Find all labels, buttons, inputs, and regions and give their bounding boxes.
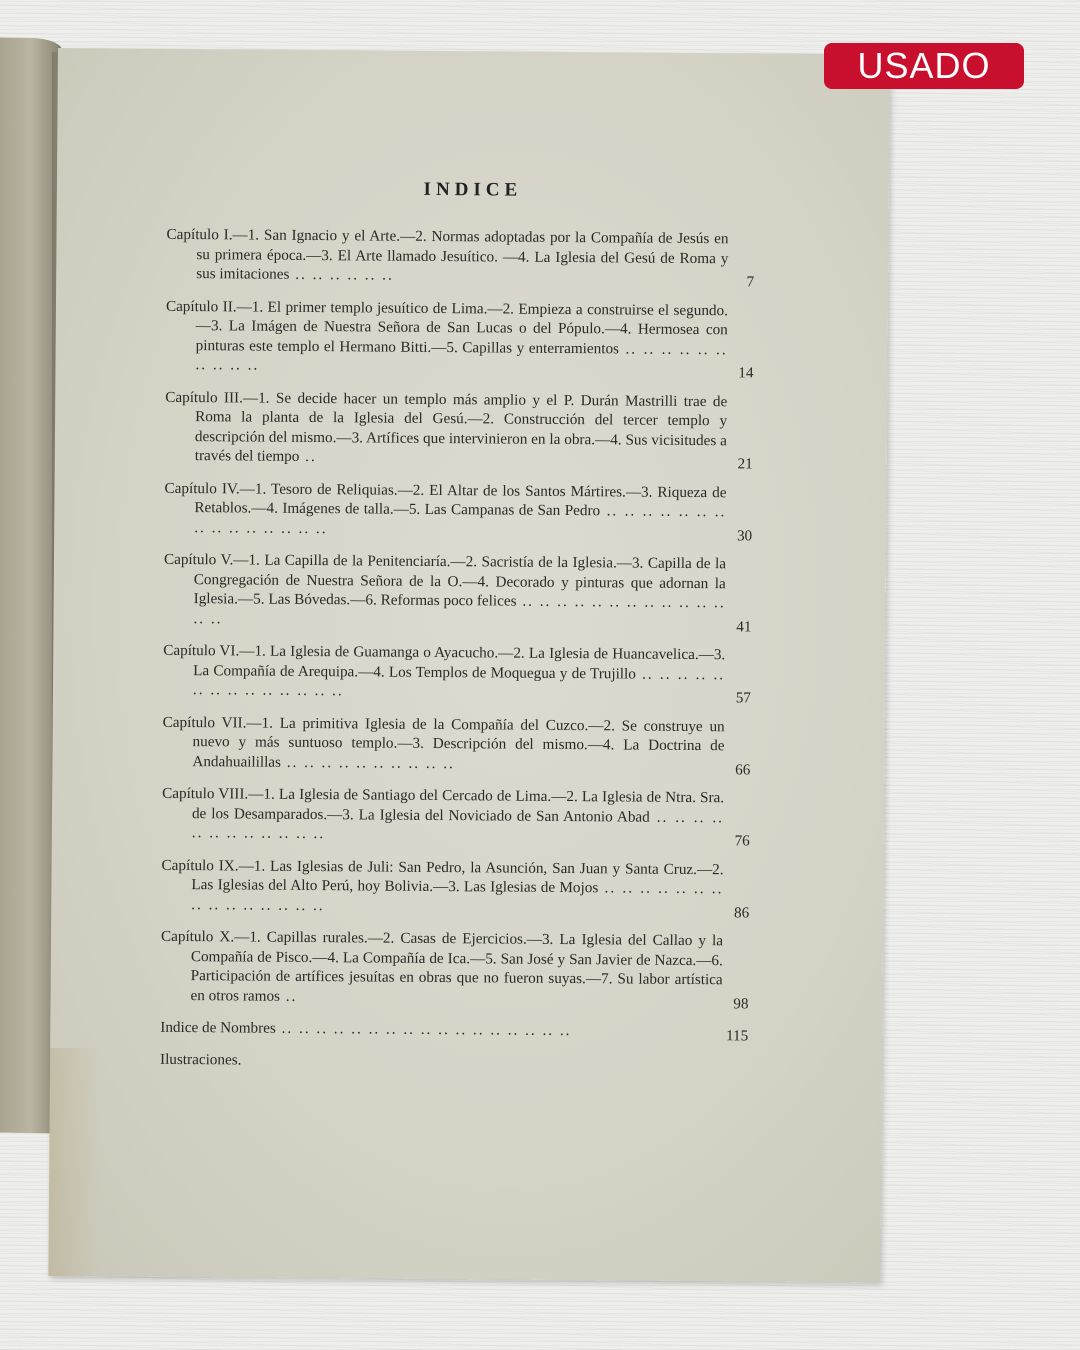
table-of-contents: Capítulo I.—1. San Ignacio y el Arte.—2.…: [160, 225, 745, 1086]
toc-entry-chapter-2: Capítulo II.—1. El primer templo jesuíti…: [165, 296, 744, 379]
page-number: 57: [711, 688, 751, 708]
page-number: 98: [708, 994, 748, 1014]
page-number: 66: [710, 760, 750, 780]
book-page: INDICE Capítulo I.—1. San Ignacio y el A…: [48, 48, 890, 1282]
toc-entry-chapter-3: Capítulo III.—1. Se decide hacer un temp…: [165, 387, 744, 470]
toc-entry-index-names: Indice de Nombres .. .. .. .. .. .. .. .…: [160, 1018, 738, 1042]
page-number: 7: [714, 272, 754, 292]
toc-entry-illustrations: Ilustraciones.: [160, 1049, 738, 1073]
water-stain: [48, 1048, 100, 1276]
toc-entry-chapter-1: Capítulo I.—1. San Ignacio y el Arte.—2.…: [166, 225, 744, 288]
page-title: INDICE: [57, 176, 889, 205]
toc-entry-chapter-7: Capítulo VII.—1. La primitiva Iglesia de…: [162, 712, 740, 775]
toc-entry-chapter-6: Capítulo VI.—1. La Iglesia de Guamanga o…: [163, 641, 741, 704]
used-condition-badge: USADO: [824, 43, 1024, 89]
toc-entry-chapter-8: Capítulo VIII.—1. La Iglesia de Santiago…: [162, 784, 740, 847]
page-number: 21: [713, 454, 753, 474]
page-number: 30: [712, 526, 752, 546]
page-number: 76: [710, 831, 750, 851]
page-number: 115: [708, 1026, 748, 1046]
page-number: 41: [711, 617, 751, 637]
toc-entry-chapter-9: Capítulo IX.—1. Las Iglesias de Juli: Sa…: [161, 855, 739, 918]
page-number: 14: [713, 363, 753, 383]
page-number: 86: [709, 903, 749, 923]
toc-entry-chapter-5: Capítulo V.—1. La Capilla de la Penitenc…: [163, 550, 742, 633]
toc-entry-chapter-4: Capítulo IV.—1. Tesoro de Reliquias.—2. …: [164, 478, 742, 541]
toc-entry-chapter-10: Capítulo X.—1. Capillas rurales.—2. Casa…: [160, 927, 739, 1010]
